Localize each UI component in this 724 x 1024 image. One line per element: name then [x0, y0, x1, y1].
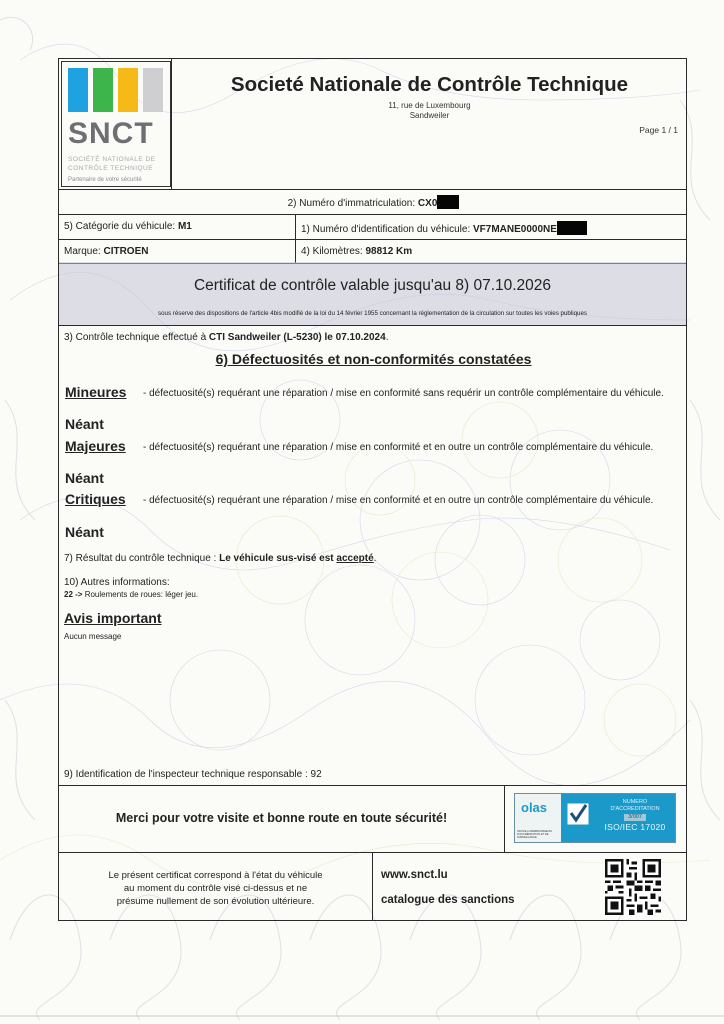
- inspection-location-value: CTI Sandweiler (L-5230) le 07.10.2024: [209, 332, 386, 343]
- organization-address: 11, rue de Luxembourg Sandweiler: [171, 101, 688, 121]
- inspection-result: 7) Résultat du contrôle technique : Le v…: [64, 553, 376, 564]
- brand-field: Marque: CITROEN: [64, 246, 148, 257]
- brand-label: Marque:: [64, 246, 101, 257]
- category-critical-title: Critiques: [65, 491, 126, 507]
- logo-bar-grey: [143, 68, 163, 112]
- registration-label: 2) Numéro d'immatriculation:: [288, 198, 416, 209]
- snct-logo: SNCT Société Nationale de Contrôle Techn…: [61, 61, 171, 187]
- category-major-description: - défectuosité(s) requérant une réparati…: [143, 441, 683, 454]
- website-link[interactable]: www.snct.lu: [381, 869, 448, 881]
- category-major-title: Majeures: [65, 438, 126, 454]
- logo-tagline: Partenaire de votre sécurité: [68, 177, 142, 183]
- accreditation-details: NUMERO D'ACCREDITATION 3/007 ISO/IEC 170…: [595, 794, 675, 842]
- page-number: Page 1 / 1: [639, 125, 678, 135]
- other-info-entry: 22 -> Roulements de roues: léger jeu.: [64, 590, 198, 599]
- defects-section-title: 6) Défectuosités et non-conformités cons…: [59, 351, 688, 367]
- category-minor-result: Néant: [65, 416, 104, 432]
- redaction-block: [557, 221, 587, 235]
- other-info-code: 22 ->: [64, 590, 82, 599]
- olas-caption: OFFICE LUXEMBOURGEOIS D'ACCRÉDITATION ET…: [517, 830, 559, 839]
- inspection-location-label: 3) Contrôle technique effectué à: [64, 332, 206, 343]
- logo-color-bars: [68, 68, 163, 112]
- category-label: 5) Catégorie du véhicule:: [64, 221, 175, 232]
- category-field: 5) Catégorie du véhicule: M1: [64, 221, 192, 232]
- address-street: 11, rue de Luxembourg: [171, 101, 688, 111]
- qr-code-icon[interactable]: [605, 859, 661, 915]
- logo-bar-yellow: [118, 68, 138, 112]
- inspection-certificate: SNCT Société Nationale de Contrôle Techn…: [58, 58, 687, 921]
- disclaimer: Le présent certificat correspond à l'éta…: [59, 869, 372, 908]
- category-minor-title: Mineures: [65, 384, 126, 400]
- category-critical-result: Néant: [65, 524, 104, 540]
- accreditation-number: 3/007: [624, 814, 646, 821]
- result-status: accepté: [336, 553, 373, 564]
- registration-value: CX0: [418, 198, 437, 209]
- other-info-text: Roulements de roues: léger jeu.: [85, 590, 198, 599]
- logo-subtitle-2: Contrôle Technique: [68, 165, 168, 173]
- inspector-id: 9) Identification de l'inspecteur techni…: [64, 769, 322, 780]
- vin-value: VF7MANE0000NE: [473, 224, 557, 235]
- brand-value: CITROEN: [103, 246, 148, 257]
- logo-subtitle-1: Société Nationale de: [68, 156, 168, 164]
- vin-field: 1) Numéro d'identification du véhicule: …: [301, 221, 587, 235]
- result-label: 7) Résultat du contrôle technique :: [64, 553, 216, 564]
- logo-brand: SNCT: [68, 117, 154, 151]
- accreditation-standard: ISO/IEC 17020: [595, 824, 675, 831]
- mileage-value: 98812 Km: [365, 246, 412, 257]
- category-major-result: Néant: [65, 470, 104, 486]
- registration-row: 2) Numéro d'immatriculation: CX0: [59, 195, 688, 209]
- checkmark-icon: [561, 794, 595, 842]
- notice-title: Avis important: [64, 610, 162, 626]
- inspector-label: 9) Identification de l'inspecteur techni…: [64, 769, 308, 780]
- category-value: M1: [178, 221, 192, 232]
- organization-title: Societé Nationale de Contrôle Technique: [171, 73, 688, 97]
- category-minor-description: - défectuosité(s) requérant une réparati…: [143, 387, 683, 400]
- certificate-validity: Certificat de contrôle valable jusqu'au …: [59, 277, 686, 295]
- olas-logo: olas OFFICE LUXEMBOURGEOIS D'ACCRÉDITATI…: [515, 794, 561, 842]
- notice-text: Aucun message: [64, 632, 121, 641]
- other-info-label: 10) Autres informations:: [64, 577, 170, 588]
- certificate-validity-band: Certificat de contrôle valable jusqu'au …: [59, 262, 686, 325]
- sanctions-catalogue-link[interactable]: catalogue des sanctions: [381, 894, 515, 906]
- mileage-field: 4) Kilomètres: 98812 Km: [301, 246, 412, 257]
- result-value: Le véhicule sus-visé est: [219, 553, 334, 564]
- address-city: Sandweiler: [171, 111, 688, 121]
- inspection-location: 3) Contrôle technique effectué à CTI San…: [64, 332, 388, 343]
- thank-you-message: Merci pour votre visite et bonne route e…: [59, 811, 504, 825]
- logo-bar-green: [93, 68, 113, 112]
- logo-bar-blue: [68, 68, 88, 112]
- vin-label: 1) Numéro d'identification du véhicule:: [301, 224, 470, 235]
- olas-accreditation-badge: olas OFFICE LUXEMBOURGEOIS D'ACCRÉDITATI…: [514, 793, 676, 843]
- redaction-block: [437, 195, 459, 209]
- category-critical-description: - défectuosité(s) requérant une réparati…: [143, 494, 683, 507]
- mileage-label: 4) Kilomètres:: [301, 246, 363, 257]
- certificate-legal-note: sous réserve des dispositions de l'artic…: [59, 310, 686, 317]
- olas-wordmark: olas: [521, 800, 547, 815]
- inspector-value: 92: [311, 769, 322, 780]
